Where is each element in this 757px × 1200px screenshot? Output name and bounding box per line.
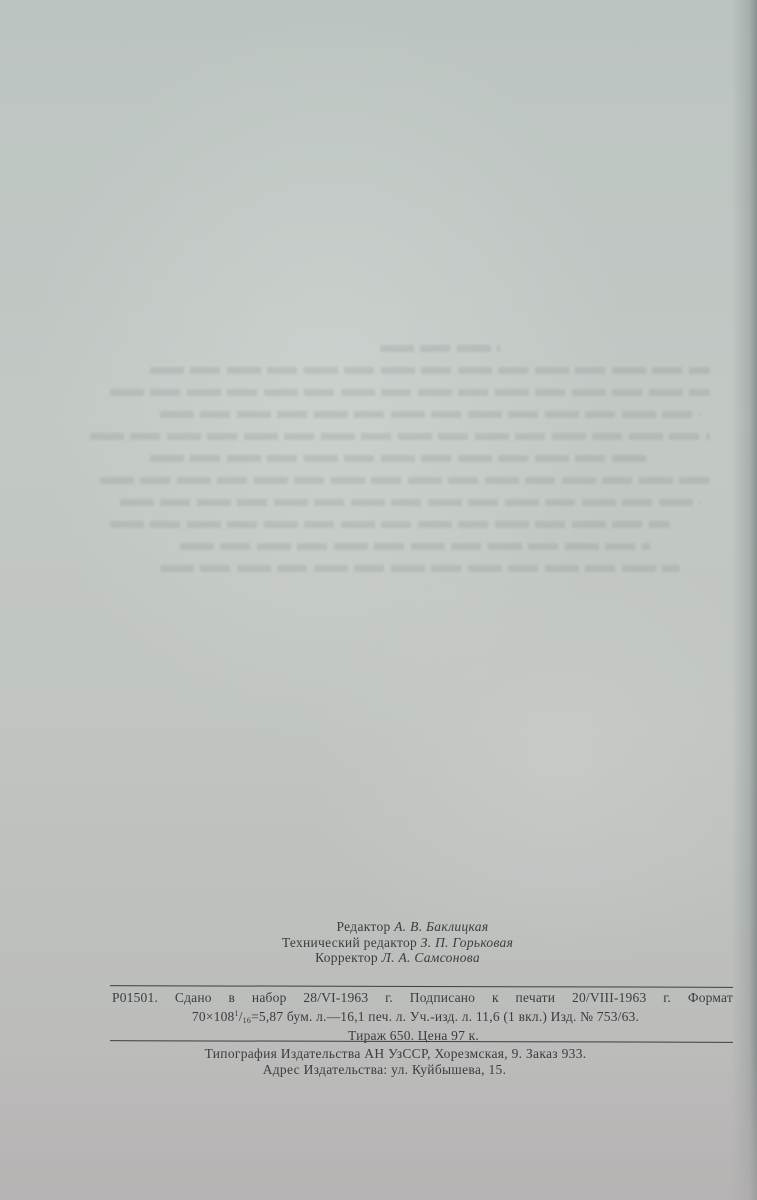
format-prefix: 70×108 bbox=[192, 1009, 235, 1024]
printer-line-1: Типография Издательства АН УзССР, Хорезм… bbox=[0, 1046, 757, 1062]
format-fraction-numerator: 1 bbox=[235, 1009, 239, 1018]
proofreader-name: Л. А. Самсонова bbox=[382, 950, 480, 965]
imprint-line-2: 70×1081/16=5,87 бум. л.—16,1 печ. л. Уч.… bbox=[110, 1006, 733, 1029]
editor-name: А. В. Баклицкая bbox=[394, 919, 488, 934]
book-page: Редактор А. В. Баклицкая Технический ред… bbox=[0, 0, 757, 1200]
technical-editor-role: Технический редактор bbox=[282, 935, 417, 950]
proofreader-line: Корректор Л. А. Самсонова bbox=[0, 950, 757, 966]
bleed-through-text bbox=[90, 345, 730, 595]
technical-editor-name: З. П. Горьковая bbox=[421, 935, 513, 950]
printer-line-2: Адрес Издательства: ул. Куйбышева, 15. bbox=[0, 1062, 757, 1078]
technical-editor-line: Технический редактор З. П. Горьковая bbox=[0, 935, 757, 951]
editors-block: Редактор А. В. Баклицкая Технический ред… bbox=[0, 919, 757, 966]
imprint-top-rule bbox=[110, 985, 733, 988]
format-details: =5,87 бум. л.—16,1 печ. л. Уч.-изд. л. 1… bbox=[251, 1009, 639, 1024]
proofreader-role: Корректор bbox=[315, 950, 378, 965]
imprint-line-1: Р01501. Сдано в набор 28/VI-1963 г. Подп… bbox=[110, 990, 733, 1006]
editor-line: Редактор А. В. Баклицкая bbox=[0, 919, 757, 935]
format-fraction-denominator: 16 bbox=[243, 1016, 251, 1025]
printer-block: Типография Издательства АН УзССР, Хорезм… bbox=[0, 1046, 757, 1077]
page-edge-shadow bbox=[731, 0, 757, 1200]
imprint-block: Р01501. Сдано в набор 28/VI-1963 г. Подп… bbox=[110, 990, 733, 1044]
editor-role: Редактор bbox=[337, 919, 391, 934]
